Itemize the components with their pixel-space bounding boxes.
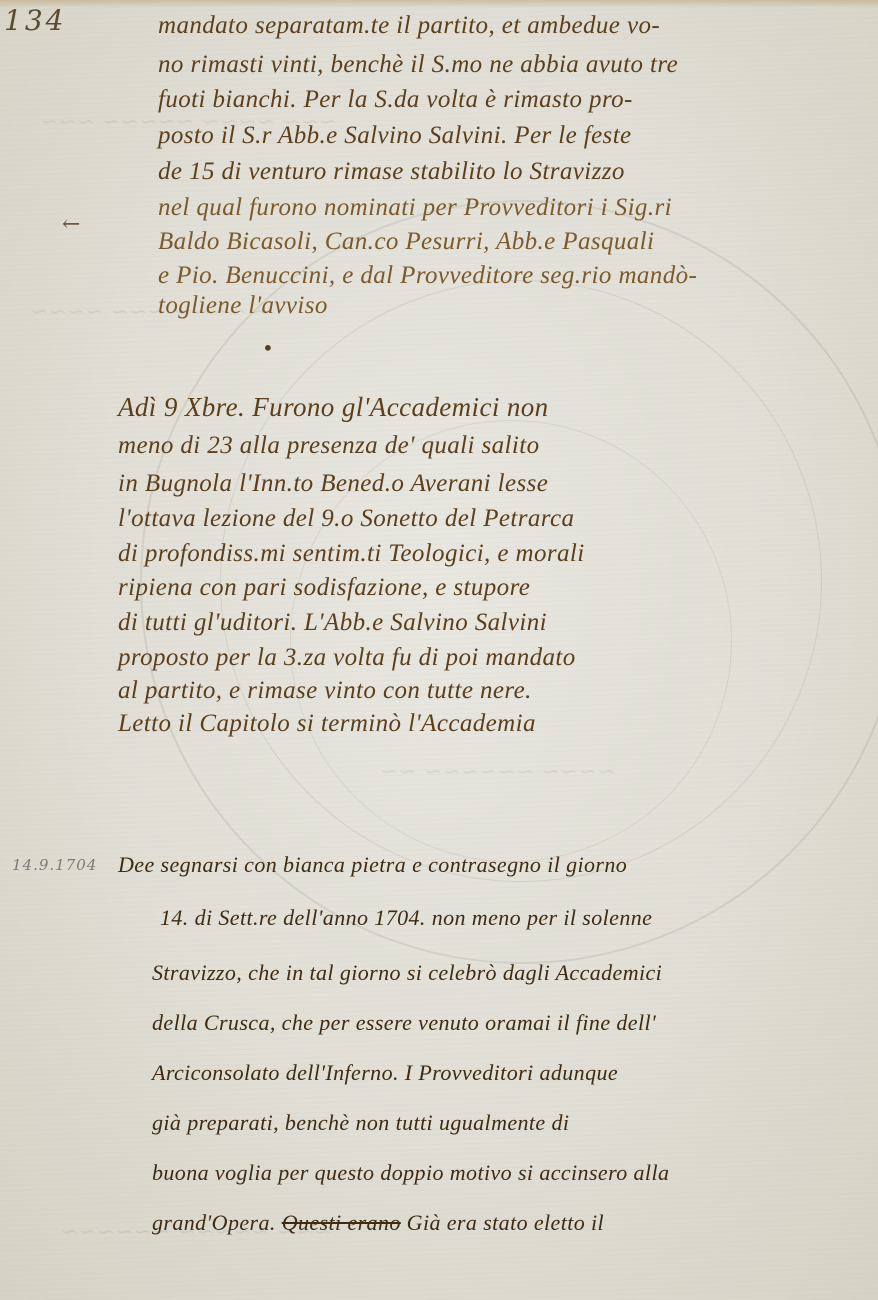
text-line: al partito, e rimase vinto con tutte ner… xyxy=(118,677,532,705)
text-line: fuoti bianchi. Per la S.da volta è rimas… xyxy=(158,86,633,114)
margin-arrow-icon: ← xyxy=(62,212,80,237)
text-line: posto il S.r Abb.e Salvino Salvini. Per … xyxy=(158,122,632,150)
text-line: già preparati, benchè non tutti ugualmen… xyxy=(152,1110,569,1136)
ink-dot: • xyxy=(262,336,274,360)
text-line: 14. di Sett.re dell'anno 1704. non meno … xyxy=(160,905,652,931)
text-line: l'ottava lezione del 9.o Sonetto del Pet… xyxy=(118,505,574,533)
text-line: di profondiss.mi sentim.ti Teologici, e … xyxy=(118,540,585,568)
text-line: Letto il Capitolo si terminò l'Accademia xyxy=(118,710,536,738)
text-line: in Bugnola l'Inn.to Bened.o Averani less… xyxy=(118,470,548,498)
text-line: buona voglia per questo doppio motivo si… xyxy=(152,1160,669,1186)
text-line: di tutti gl'uditori. L'Abb.e Salvino Sal… xyxy=(118,609,547,637)
struck-text: Questi erano xyxy=(282,1210,401,1235)
text-line: della Crusca, che per essere venuto oram… xyxy=(152,1010,656,1036)
text-segment: Già era stato eletto il xyxy=(401,1210,604,1235)
text-line: ripiena con pari sodisfazione, e stupore xyxy=(118,574,530,602)
text-line: no rimasti vinti, benchè il S.mo ne abbi… xyxy=(158,51,678,79)
text-line: Baldo Bicasoli, Can.co Pesurri, Abb.e Pa… xyxy=(158,228,654,256)
text-line: meno di 23 alla presenza de' quali salit… xyxy=(118,432,540,460)
margin-date-note: 14.9.1704 xyxy=(12,856,97,874)
text-line: proposto per la 3.za volta fu di poi man… xyxy=(118,644,576,672)
text-line: mandato separatam.te il partito, et ambe… xyxy=(158,12,660,40)
text-line: de 15 di venturo rimase stabilito lo Str… xyxy=(158,158,625,186)
text-line-with-strikethrough: grand'Opera. Questi erano Già era stato … xyxy=(152,1210,604,1236)
manuscript-page: ~~~ ~~~~ ~~~~~ ~~~ ~~~~~ ~~~ ~~~~ ~~~~ ~… xyxy=(0,0,878,1300)
entry-heading-line: Adì 9 Xbre. Furono gl'Accademici non xyxy=(118,392,549,423)
entry-heading-line: Dee segnarsi con bianca pietra e contras… xyxy=(118,852,627,878)
text-line: nel qual furono nominati per Provveditor… xyxy=(158,194,672,222)
folio-number: 134 xyxy=(4,4,66,37)
text-line: e Pio. Benuccini, e dal Provveditore seg… xyxy=(158,262,697,290)
text-line: Stravizzo, che in tal giorno si celebrò … xyxy=(152,960,662,986)
text-line: Arciconsolato dell'Inferno. I Provvedito… xyxy=(152,1060,618,1086)
page-edge-stain xyxy=(0,0,878,8)
text-line: togliene l'avviso xyxy=(158,292,328,320)
text-segment: grand'Opera. xyxy=(152,1210,282,1235)
bleed-through-text: ~~~~ ~~~~~~ ~~ xyxy=(380,760,615,785)
